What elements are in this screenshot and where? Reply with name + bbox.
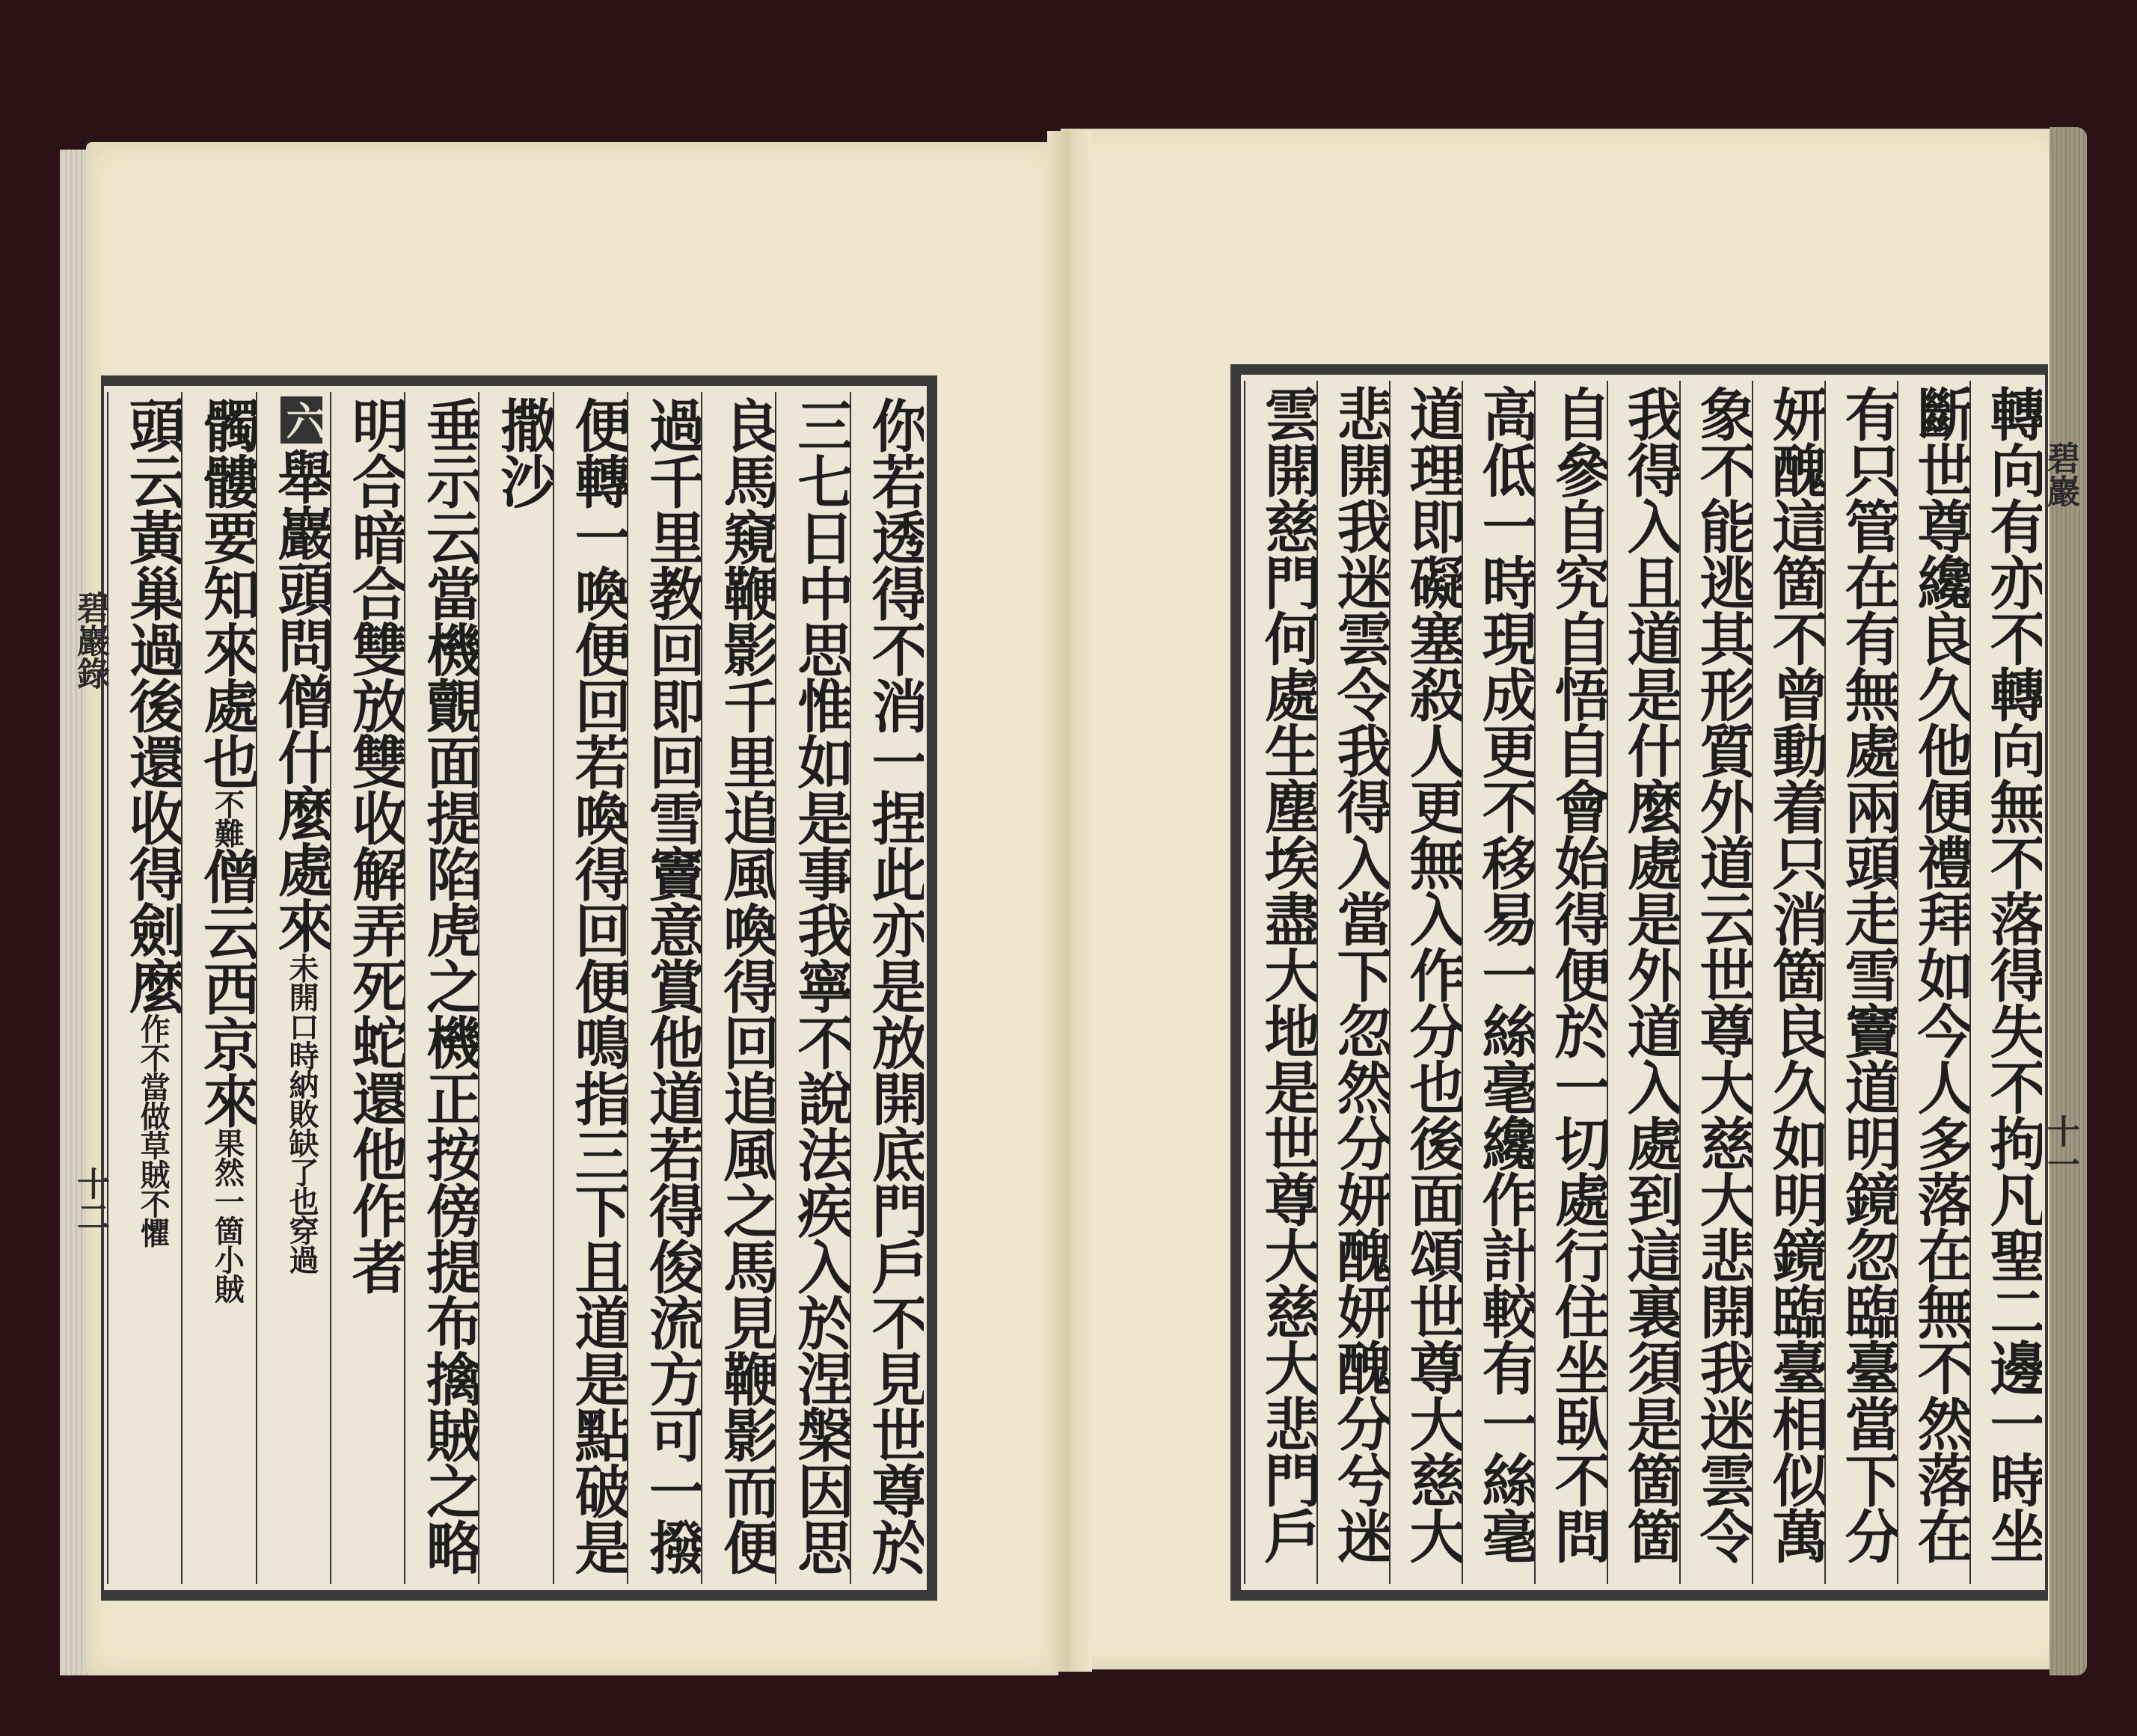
left-margin-title: 碧巖錄 <box>66 591 114 690</box>
right-page-edges <box>2049 127 2087 1675</box>
right-page-text-frame: 轉向有亦不轉向無不落得失不拘凡聖二邊一時坐 斷世尊纔良久他便禮拜如今人多落在無不… <box>1230 364 2048 1601</box>
text-column: 雲開慈門何處生塵埃盡大地是世尊大慈大悲門戶 <box>1244 381 1316 1584</box>
text-column: 自參自究自悟自會始得便於一切處行住坐臥不問 <box>1534 381 1607 1584</box>
text-column: 斷世尊纔良久他便禮拜如今人多落在無不然落在 <box>1897 381 1969 1584</box>
right-page-columns: 轉向有亦不轉向無不落得失不拘凡聖二邊一時坐 斷世尊纔良久他便禮拜如今人多落在無不… <box>1244 381 2042 1584</box>
text-column: 道理即礙塞殺人更無入作分也後面頌世尊大慈大 <box>1389 381 1462 1584</box>
left-page-text-frame: 你若透得不消一捏此亦是放開底門戶不見世尊於 三七日中思惟如是事我寧不說法疾入於涅… <box>101 375 937 1601</box>
left-folio-number: 十二 <box>66 1167 114 1233</box>
left-page-columns: 你若透得不消一捏此亦是放開底門戶不見世尊於 三七日中思惟如是事我寧不說法疾入於涅… <box>107 392 924 1584</box>
text-column: 我得入且道是什麼處是外道入處到這裏須是箇箇 <box>1607 381 1679 1584</box>
text-column: 轉向有亦不轉向無不落得失不拘凡聖二邊一時坐 <box>1969 381 2042 1584</box>
text-column: 垂示云當機覿面提陷虎之機正按傍提布擒賊之略 <box>404 392 478 1584</box>
text-column: 良馬窺鞭影千里追風喚得回追風之馬見鞭影而便 <box>701 392 775 1584</box>
case-heading-column: 六舉巖頭問僧什麼處來未開口時納敗缺了也穿過 <box>256 392 330 1584</box>
commentary-note: 果然一箇小賊 <box>210 1128 245 1303</box>
case-text: 舉巖頭問僧什麼處來 <box>269 448 330 953</box>
text-column: 頭云黃巢過後還收得劍麼作不當做草賊不懼 <box>107 392 181 1584</box>
text-column: 你若透得不消一捏此亦是放開底門戶不見世尊於 <box>850 392 924 1584</box>
text-column: 悲開我迷雲令我得入當下忽然分妍醜妍醜分兮迷 <box>1316 381 1389 1584</box>
text-column: 便轉一喚便回若喚得回便鳴指三下且道是點破是 <box>553 392 627 1584</box>
case-text: 髑髏要知來處也 <box>194 396 256 789</box>
text-column: 妍醜這箇不曾動着只消箇良久如明鏡臨臺相似萬 <box>1752 381 1824 1584</box>
commentary-note: 未開口時納敗缺了也穿過 <box>284 953 319 1274</box>
text-column: 三七日中思惟如是事我寧不說法疾入於涅槃因思 <box>775 392 849 1584</box>
commentary-note: 作不當做草賊不懼 <box>135 1013 171 1247</box>
book-spread: 轉向有亦不轉向無不落得失不拘凡聖二邊一時坐 斷世尊纔良久他便禮拜如今人多落在無不… <box>0 0 2137 1736</box>
text-column: 高低一時現成更不移易一絲毫纔作計較有一絲毫 <box>1462 381 1534 1584</box>
text-column: 有只管在有無處兩頭走雪竇道明鏡忽臨臺當下分 <box>1824 381 1897 1584</box>
commentary-note: 不難 <box>210 789 245 847</box>
case-text: 頭云黃巢過後還收得劍麼 <box>120 396 181 1013</box>
text-column: 髑髏要知來處也不難僧云西京來果然一箇小賊 <box>181 392 255 1584</box>
book-gutter <box>1047 131 1092 1672</box>
text-column: 撒沙 <box>478 392 552 1584</box>
case-text: 僧云西京來 <box>194 847 256 1128</box>
text-column: 過千里教回即回雪竇意賞他道若得俊流方可一撥 <box>627 392 701 1584</box>
right-folio-number: 十一 <box>2036 1114 2084 1180</box>
text-column: 象不能逃其形質外道云世尊大慈大悲開我迷雲令 <box>1679 381 1752 1584</box>
text-column: 明合暗合雙放雙收解弄死蛇還他作者 <box>330 392 404 1584</box>
right-margin-title: 碧巖 <box>2036 441 2084 507</box>
case-number-mark: 六 <box>280 396 322 444</box>
